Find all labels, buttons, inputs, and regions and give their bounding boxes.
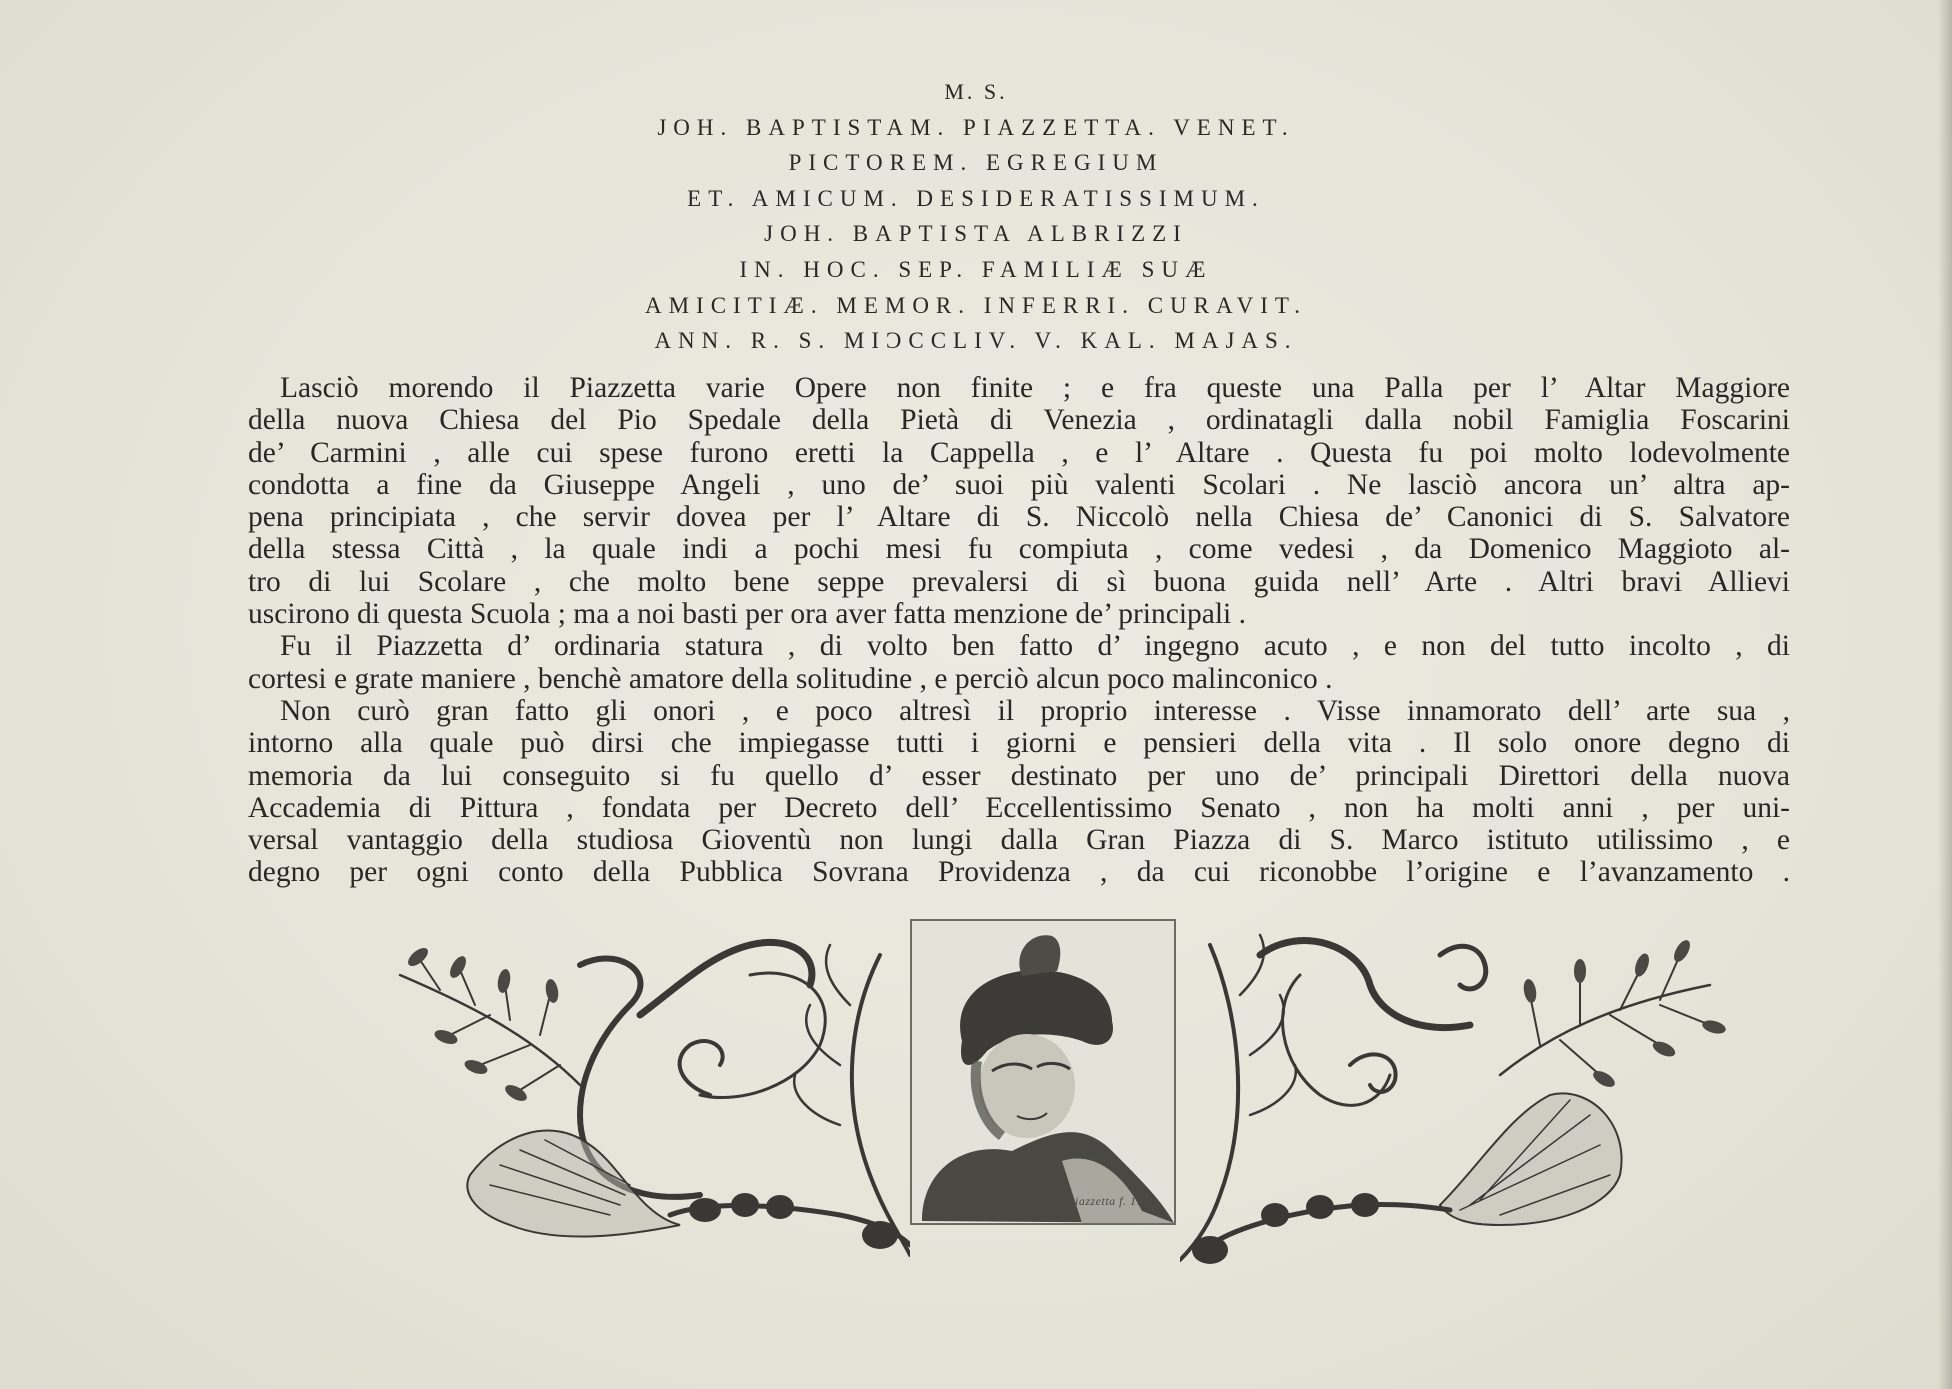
epitaph-line: IN. HOC. SEP. FAMILIÆ SUÆ xyxy=(0,252,1952,288)
paragraph: Fu il Piazzetta d’ ordinaria statura , d… xyxy=(248,630,1790,695)
text-line: versal vantaggio della studiosa Gioventù… xyxy=(248,824,1790,856)
right-rococo-ornament-icon xyxy=(1180,915,1740,1285)
text-line: pena principiata , che servir dovea per … xyxy=(248,501,1790,533)
text-line: della nuova Chiesa del Pio Spedale della… xyxy=(248,404,1790,436)
document-page: M. S. JOH. BAPTISTAM. PIAZZETTA. VENET. … xyxy=(0,0,1952,1389)
text-line: uscirono di questa Scuola ; ma a noi bas… xyxy=(248,598,1790,630)
left-rococo-ornament-icon xyxy=(380,915,910,1285)
text-line: Accademia di Pittura , fondata per Decre… xyxy=(248,792,1790,824)
text-line: de’ Carmini , alle cui spese furono eret… xyxy=(248,437,1790,469)
epitaph-line: ANN. R. S. MIϽCCLIV. V. KAL. MAJAS. xyxy=(0,323,1952,359)
text-line: degno per ogni conto della Pubblica Sovr… xyxy=(248,856,1790,888)
text-line: cortesi e grate maniere , benchè amatore… xyxy=(248,663,1790,695)
text-line: tro di lui Scolare , che molto bene sepp… xyxy=(248,566,1790,598)
portrait-figure-icon xyxy=(912,921,1174,1223)
epitaph-line: ET. AMICUM. DESIDERATISSIMUM. xyxy=(0,181,1952,217)
text-line: condotta a fine da Giuseppe Angeli , uno… xyxy=(248,469,1790,501)
paragraph: Non curò gran fatto gli onori , e poco a… xyxy=(248,695,1790,889)
text-line: Lasciò morendo il Piazzetta varie Opere … xyxy=(248,372,1790,404)
engraver-signature: Piazzetta f. 1738 xyxy=(1067,1194,1156,1209)
text-line: memoria da lui conseguito si fu quello d… xyxy=(248,760,1790,792)
text-line: Non curò gran fatto gli onori , e poco a… xyxy=(248,695,1790,727)
epitaph-line: JOH. BAPTISTAM. PIAZZETTA. VENET. xyxy=(0,110,1952,146)
epitaph-line: PICTOREM. EGREGIUM xyxy=(0,145,1952,181)
paragraph: Lasciò morendo il Piazzetta varie Opere … xyxy=(248,372,1790,630)
epitaph-line: AMICITIÆ. MEMOR. INFERRI. CURAVIT. xyxy=(0,288,1952,324)
text-line: Fu il Piazzetta d’ ordinaria statura , d… xyxy=(248,630,1790,662)
engraved-vignette: Piazzetta f. 1738 xyxy=(380,915,1740,1285)
body-text: Lasciò morendo il Piazzetta varie Opere … xyxy=(248,372,1790,889)
epitaph-line: JOH. BAPTISTA ALBRIZZI xyxy=(0,216,1952,252)
epitaph-line: M. S. xyxy=(0,74,1952,110)
text-line: della stessa Città , la quale indi a poc… xyxy=(248,533,1790,565)
epitaph-inscription: M. S. JOH. BAPTISTAM. PIAZZETTA. VENET. … xyxy=(0,74,1952,359)
portrait-engraving: Piazzetta f. 1738 xyxy=(910,919,1176,1225)
text-line: intorno alla quale può dirsi che impiega… xyxy=(248,727,1790,759)
